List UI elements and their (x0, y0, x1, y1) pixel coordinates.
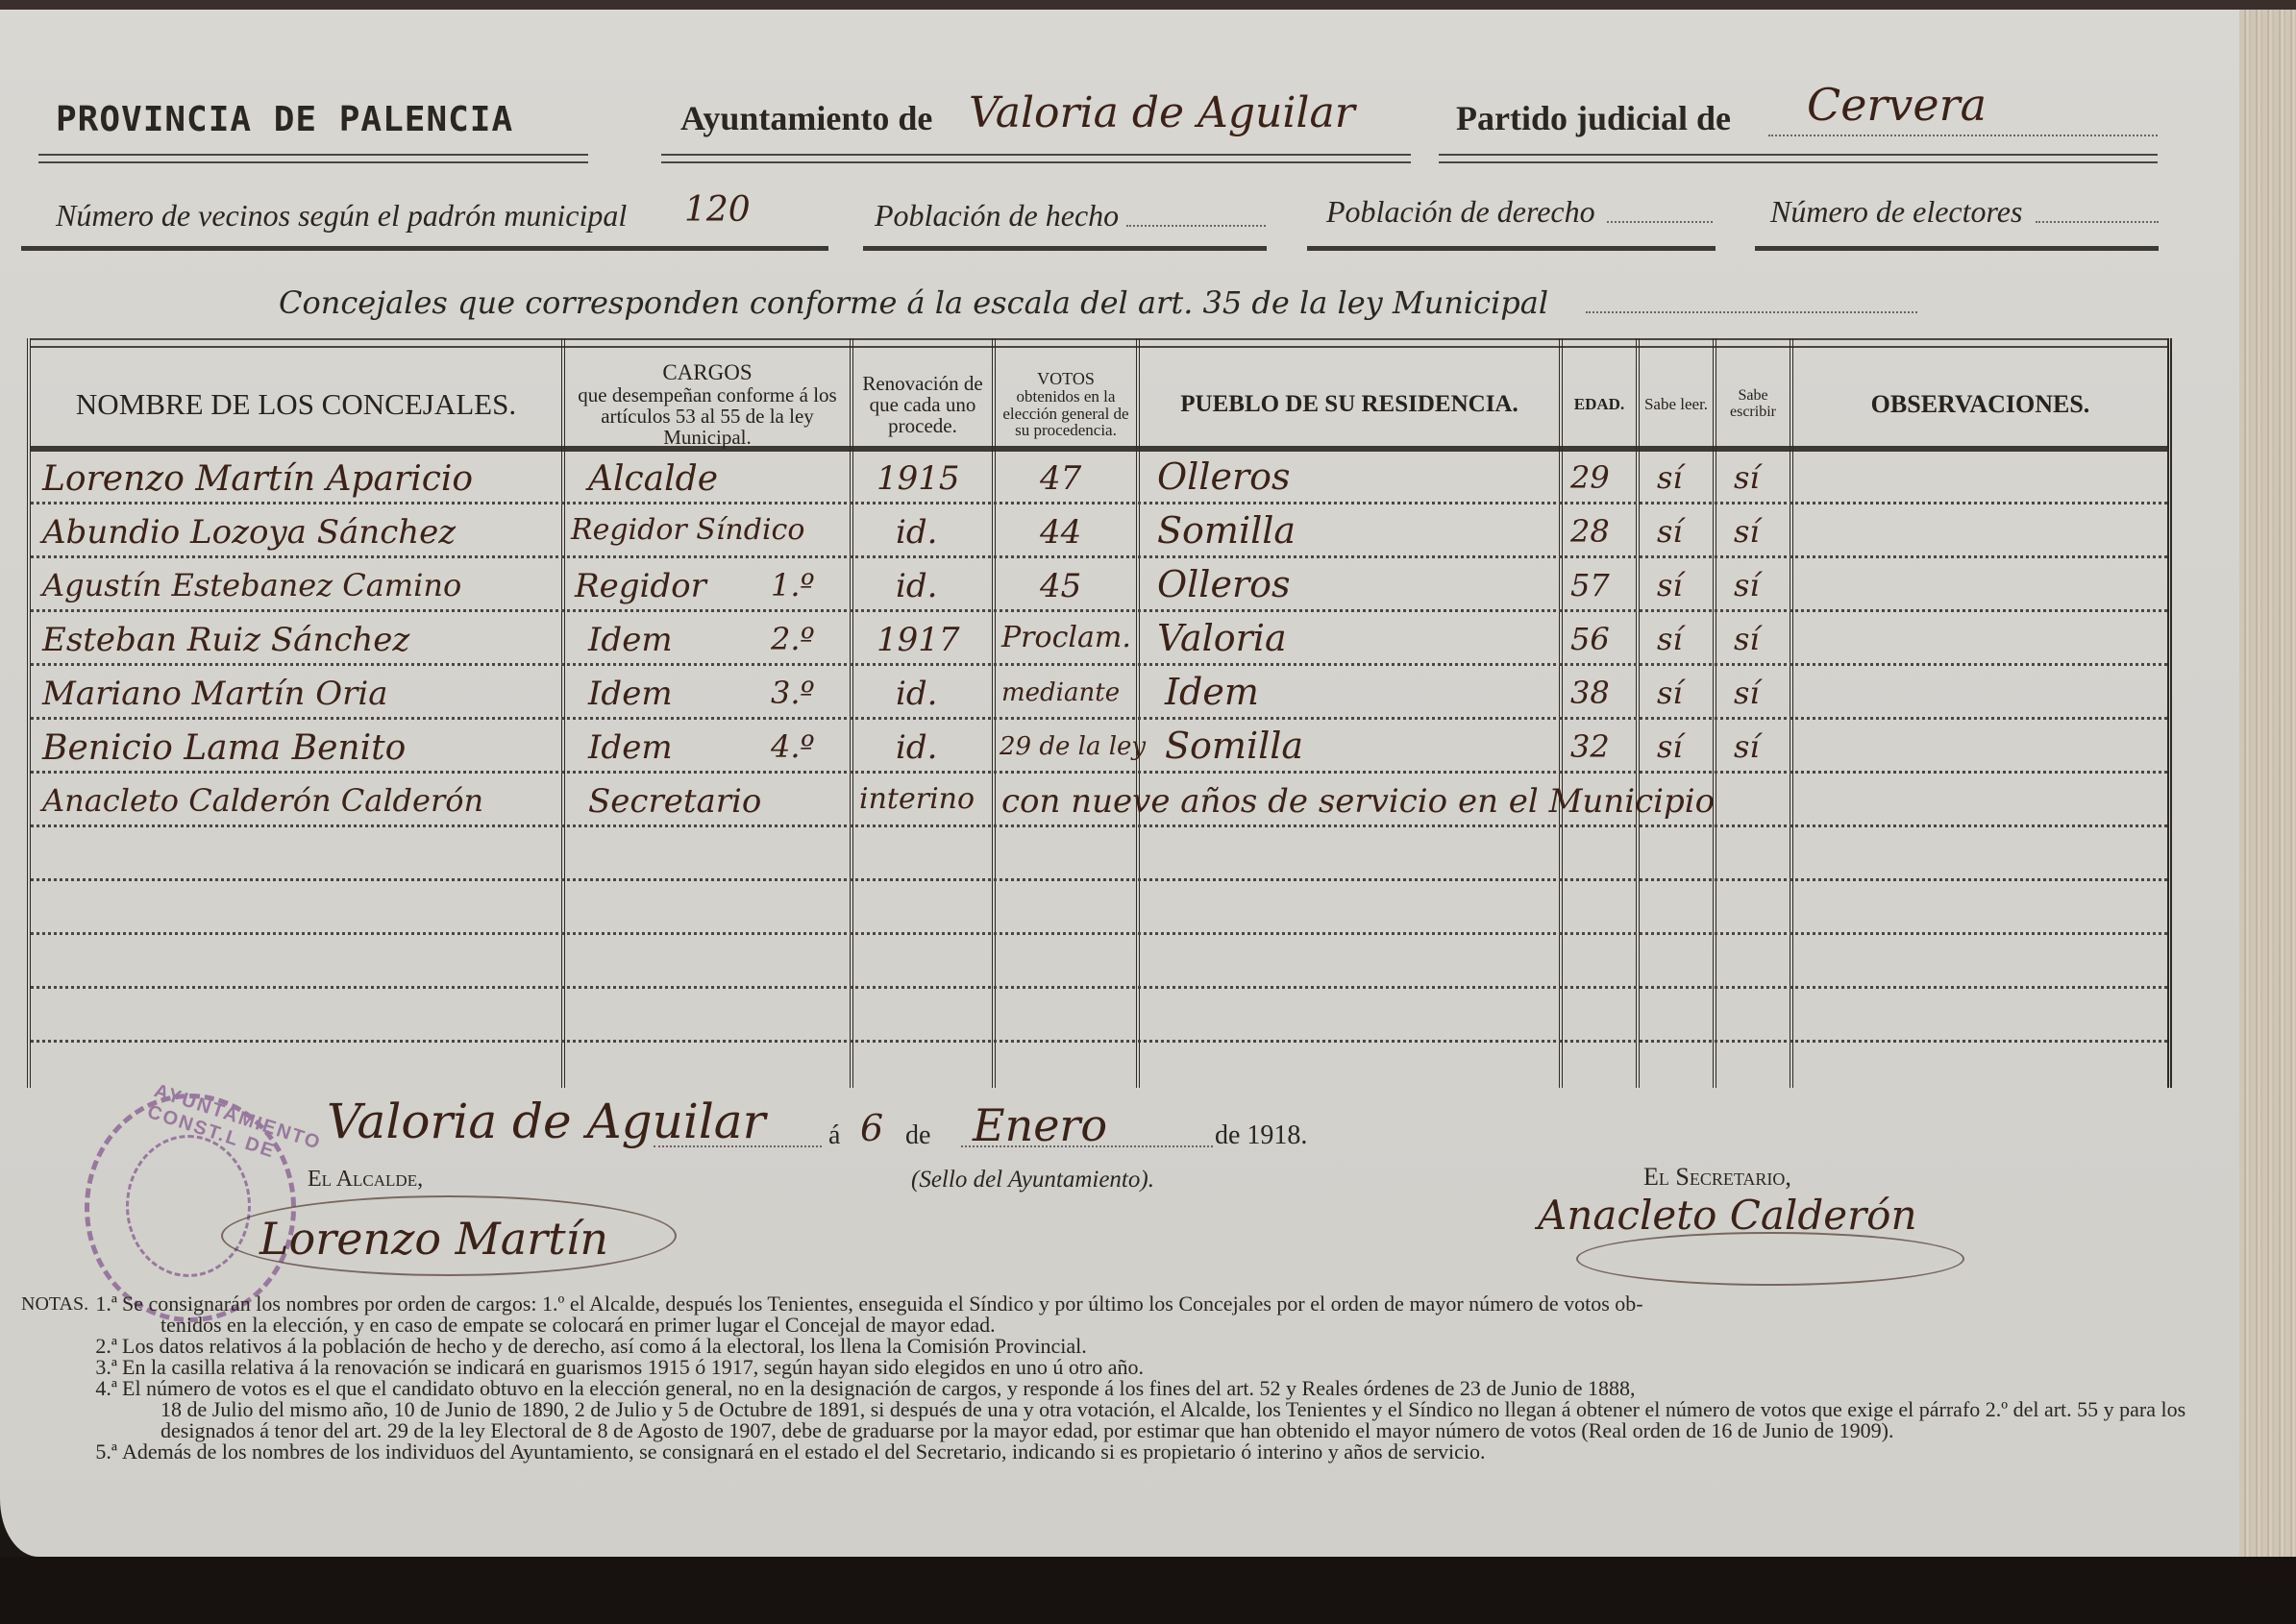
cell-nombre: Anacleto Calderón Calderón (42, 782, 483, 819)
cell-votos: 44 (1040, 513, 1081, 552)
partido-label: Partido judicial de (1456, 98, 1731, 138)
cell-renovacion: id. (896, 513, 937, 552)
cell-cargo: Idem (588, 728, 673, 767)
cell-escribir: sí (1734, 513, 1760, 550)
cell-pueblo: Idem (1165, 671, 1259, 713)
note-item: 1.ª Se consignarán los nombres por orden… (21, 1293, 2193, 1336)
ayuntamiento-label: Ayuntamiento de (680, 98, 932, 138)
cell-votos: 47 (1040, 459, 1081, 498)
secretario-label: El Secretario, (1643, 1163, 1791, 1192)
cell-cargo: Idem (588, 621, 673, 659)
sello-label: (Sello del Ayuntamiento). (911, 1167, 1154, 1193)
cell-edad: 56 (1570, 621, 1610, 657)
cell-escribir: sí (1734, 675, 1760, 711)
note-item: 2.ª Los datos relativos á la población d… (21, 1336, 2193, 1357)
header-votos-title: VOTOS (1037, 370, 1095, 388)
page-stack-edge (2239, 10, 2296, 1586)
cell-pueblo: Somilla (1157, 509, 1296, 552)
note-item: 3.ª En la casilla relativa á la renovaci… (21, 1357, 2193, 1378)
cell-escribir: sí (1734, 621, 1760, 657)
book-shadow-bottom (0, 1557, 2296, 1624)
date-de: de (905, 1120, 930, 1151)
poblacion-derecho-label: Población de derecho (1326, 194, 1595, 230)
note-number: 1.ª (95, 1293, 117, 1315)
year-value: de 1918. (1215, 1120, 1307, 1151)
cell-nombre: Benicio Lama Benito (42, 728, 406, 768)
cell-ordinal: 4.º (771, 728, 815, 765)
crest-icon (126, 1135, 251, 1277)
cell-escribir: sí (1734, 459, 1760, 496)
fill-line (2036, 221, 2159, 223)
poblacion-hecho-label: Población de hecho (875, 198, 1119, 234)
cell-cargo: Regidor (575, 567, 706, 605)
cell-renovacion: id. (896, 728, 937, 767)
cell-leer: sí (1657, 459, 1683, 496)
date-a: á (828, 1120, 840, 1151)
header-sabe-escribir: Sabe escribir (1716, 352, 1790, 457)
fill-line (1586, 311, 1917, 313)
cell-escribir: sí (1734, 728, 1760, 765)
cell-votos: Proclam. (1001, 621, 1131, 654)
concejales-label: Concejales que corresponden conforme á l… (279, 284, 1548, 321)
header-nombre: NOMBRE DE LOS CONCEJALES. (31, 352, 561, 457)
header-cargos-sub: que desempeñan conforme á los artículos … (565, 384, 850, 448)
cell-ordinal: 2.º (771, 621, 815, 657)
fill-line (1607, 221, 1713, 223)
note-number: 3.ª (95, 1357, 117, 1378)
province-title: PROVINCIA DE PALENCIA (56, 100, 513, 139)
divider (1439, 154, 2158, 163)
vecinos-label: Número de vecinos según el padrón munici… (56, 198, 627, 234)
electores-label: Número de electores (1770, 194, 2022, 230)
alcalde-label: El Alcalde, (308, 1167, 423, 1193)
divider (863, 246, 1267, 251)
note-number: 4.ª (95, 1378, 117, 1399)
header-votos: VOTOS obtenidos en la elección general d… (996, 352, 1136, 457)
note-number: 2.ª (95, 1336, 117, 1357)
cell-votos: mediante (1001, 678, 1120, 707)
cell-cargo: Alcalde (588, 459, 718, 499)
header-cargos-title: CARGOS (662, 361, 752, 384)
cell-pueblo: Somilla (1165, 725, 1303, 767)
cell-ordinal: 3.º (771, 675, 815, 711)
day-value: 6 (860, 1107, 883, 1149)
cell-nombre: Lorenzo Martín Aparicio (42, 459, 473, 499)
cell-leer: sí (1657, 675, 1683, 711)
divider (1755, 246, 2159, 251)
fill-line (654, 1145, 822, 1147)
cell-cargo: Secretario (588, 782, 761, 821)
cell-edad: 38 (1570, 675, 1610, 711)
divider (661, 154, 1411, 163)
cell-renovacion: 1917 (876, 621, 960, 659)
cell-edad: 57 (1570, 567, 1610, 603)
secretario-signature: Anacleto Calderón (1538, 1192, 1917, 1239)
cell-cargo: Regidor Síndico (571, 513, 804, 547)
cell-nombre: Mariano Martín Oria (42, 675, 388, 713)
divider (21, 246, 828, 251)
cell-pueblo: Olleros (1157, 563, 1291, 605)
cell-leer: sí (1657, 513, 1683, 550)
note-continuation: tenidos en la elección, y en caso de emp… (122, 1315, 2193, 1336)
signature-flourish (221, 1195, 677, 1276)
cell-cargo: Idem (588, 675, 673, 713)
cell-nombre: Abundio Lozoya Sánchez (42, 513, 456, 552)
cell-leer: sí (1657, 621, 1683, 657)
cell-edad: 28 (1570, 513, 1610, 550)
header-pueblo: PUEBLO DE SU RESIDENCIA. (1140, 352, 1559, 457)
note-item: 4.ª El número de votos es el que el cand… (21, 1378, 2193, 1441)
header-renovacion: Renovación de que cada uno procede. (853, 352, 992, 457)
cell-votos: con nueve años de servicio en el Municip… (1001, 782, 1715, 821)
table-top-border (31, 338, 2167, 348)
fill-line (1768, 135, 2158, 136)
cell-ordinal: 1.º (771, 567, 815, 603)
header-sabe-leer: Sabe leer. (1640, 352, 1713, 457)
cell-leer: sí (1657, 567, 1683, 603)
ayuntamiento-value: Valoria de Aguilar (969, 88, 1355, 137)
notes-section: NOTAS. 1.ª Se consignarán los nombres po… (21, 1293, 2193, 1463)
concejales-table: NOMBRE DE LOS CONCEJALES. CARGOS que des… (27, 338, 2172, 1088)
month-value: Enero (973, 1099, 1107, 1151)
cell-escribir: sí (1734, 567, 1760, 603)
cell-nombre: Agustín Estebanez Camino (42, 567, 461, 603)
note-text: Además de los nombres de los individuos … (122, 1439, 1485, 1464)
fill-line (1126, 225, 1266, 227)
partido-value: Cervera (1807, 79, 1987, 131)
ayuntamiento-seal-stamp: AYUNTAMIENTO CONST.L DE (85, 1094, 296, 1322)
cell-nombre: Esteban Ruiz Sánchez (42, 621, 409, 659)
cell-edad: 29 (1570, 459, 1610, 496)
place-value: Valoria de Aguilar (327, 1094, 766, 1149)
header-cargos: CARGOS que desempeñan conforme á los art… (565, 352, 850, 457)
header-observaciones: OBSERVACIONES. (1793, 352, 2167, 457)
cell-leer: sí (1657, 728, 1683, 765)
fill-line (961, 1145, 1213, 1147)
note-number: 5.ª (95, 1441, 117, 1463)
cell-votos: 45 (1040, 567, 1081, 605)
cell-renovacion: interino (859, 782, 975, 816)
signature-flourish (1576, 1232, 1964, 1286)
cell-renovacion: id. (896, 675, 937, 713)
divider (1307, 246, 1716, 251)
cell-edad: 32 (1570, 728, 1610, 765)
header-votos-sub: obtenidos en la elección general de su p… (996, 388, 1136, 440)
divider (38, 154, 588, 163)
cell-pueblo: Olleros (1157, 455, 1291, 498)
cell-renovacion: 1915 (876, 459, 960, 498)
vecinos-value: 120 (684, 190, 751, 230)
cell-renovacion: id. (896, 567, 937, 605)
note-continuation: 18 de Julio del mismo año, 10 de Junio d… (122, 1399, 2193, 1441)
cell-votos: 29 de la ley (1000, 732, 1146, 761)
header-edad: EDAD. (1563, 352, 1636, 457)
cell-pueblo: Valoria (1157, 617, 1287, 659)
note-item: 5.ª Además de los nombres de los individ… (21, 1441, 2193, 1463)
